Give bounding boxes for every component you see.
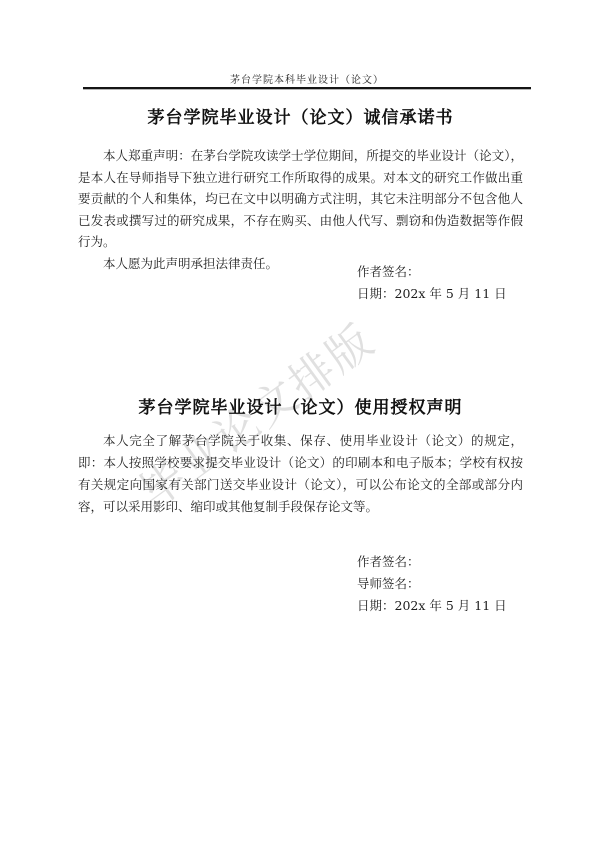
running-header: 茅台学院本科毕业设计（论文）	[83, 71, 531, 86]
integrity-signature-block: 作者签名： 日期：202x 年 5 月 11 日	[357, 261, 507, 305]
authorization-statement-body: 本人完全了解茅台学院关于收集、保存、使用毕业设计（论文）的规定，即：本人按照学校…	[78, 430, 523, 518]
supervisor-signature-label: 导师签名：	[357, 573, 507, 595]
header-rule-divider	[83, 87, 531, 89]
document-page: 毕业论文排版 茅台学院本科毕业设计（论文） 茅台学院毕业设计（论文）诚信承诺书 …	[0, 0, 595, 842]
integrity-statement-body: 本人郑重声明：在茅台学院攻读学士学位期间，所提交的毕业设计（论文），是本人在导师…	[78, 145, 523, 274]
authorization-signature-block: 作者签名： 导师签名： 日期：202x 年 5 月 11 日	[357, 551, 507, 617]
integrity-paragraph-1: 本人郑重声明：在茅台学院攻读学士学位期间，所提交的毕业设计（论文），是本人在导师…	[78, 145, 523, 253]
date-label: 日期：202x 年 5 月 11 日	[357, 283, 507, 305]
date-label: 日期：202x 年 5 月 11 日	[357, 595, 507, 617]
integrity-statement-title: 茅台学院毕业设计（论文）诚信承诺书	[78, 103, 523, 128]
author-signature-label: 作者签名：	[357, 261, 507, 283]
author-signature-label: 作者签名：	[357, 551, 507, 573]
authorization-paragraph-1: 本人完全了解茅台学院关于收集、保存、使用毕业设计（论文）的规定，即：本人按照学校…	[78, 430, 523, 518]
authorization-statement-title: 茅台学院毕业设计（论文）使用授权声明	[78, 393, 523, 418]
